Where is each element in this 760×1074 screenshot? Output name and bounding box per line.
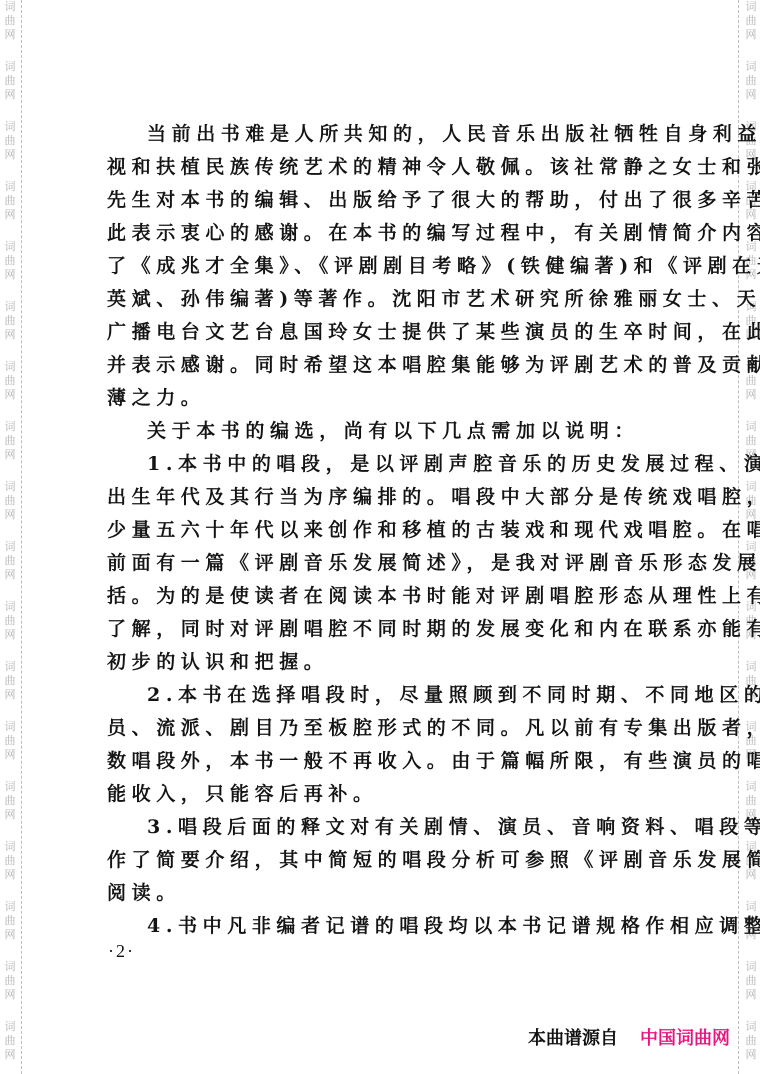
watermark-char: 词 — [3, 960, 17, 974]
watermark-group: 词曲网 — [3, 420, 17, 462]
watermark-group: 词曲网 — [3, 900, 17, 942]
text-line: 数唱段外，本书一般不再收入。由于篇幅所限，有些演员的唱腔未 — [107, 745, 760, 778]
watermark-char: 网 — [3, 148, 17, 162]
watermark-char: 曲 — [744, 794, 758, 808]
watermark-char: 词 — [3, 660, 17, 674]
watermark-char: 网 — [3, 748, 17, 762]
text-line: 英斌、孙伟编著)等著作。沈阳市艺术研究所徐雅丽女士、天津人民 — [107, 283, 760, 316]
watermark-char: 曲 — [3, 374, 17, 388]
watermark-group: 词曲网 — [3, 0, 17, 42]
watermark-char: 词 — [3, 360, 17, 374]
watermark-char: 词 — [3, 1020, 17, 1034]
watermark-group: 词曲网 — [3, 1020, 17, 1062]
watermark-char: 曲 — [3, 914, 17, 928]
watermark-char: 网 — [3, 928, 17, 942]
watermark-char: 词 — [744, 60, 758, 74]
watermark-char: 网 — [3, 208, 17, 222]
watermark-char: 曲 — [3, 194, 17, 208]
watermark-char: 词 — [3, 480, 17, 494]
watermark-char: 词 — [3, 840, 17, 854]
text-line: 了解，同时对评剧唱腔不同时期的发展变化和内在联系亦能有一 — [107, 613, 760, 646]
text-line: 此表示衷心的感谢。在本书的编写过程中，有关剧情简介内容参考 — [107, 217, 760, 250]
text-line: 3.唱段后面的释文对有关剧情、演员、音响资料、唱段等情况 — [147, 811, 760, 844]
watermark-char: 词 — [3, 60, 17, 74]
watermark-char: 曲 — [3, 674, 17, 688]
watermark-char: 网 — [3, 88, 17, 102]
watermark-char: 曲 — [744, 974, 758, 988]
text-line: 括。为的是使读者在阅读本书时能对评剧唱腔形态从理性上有所 — [107, 580, 760, 613]
watermark-group: 词曲网 — [3, 720, 17, 762]
page-number: ·2· — [108, 940, 135, 962]
watermark-char: 词 — [744, 0, 758, 14]
left-watermark-column: 词曲网词曲网词曲网词曲网词曲网词曲网词曲网词曲网词曲网词曲网词曲网词曲网词曲网词… — [3, 0, 17, 1074]
watermark-char: 词 — [3, 540, 17, 554]
text-line: 员、流派、剧目乃至板腔形式的不同。凡以前有专集出版者，除极少 — [107, 712, 760, 745]
watermark-char: 曲 — [3, 434, 17, 448]
watermark-char: 词 — [744, 420, 758, 434]
text-line: 关于本书的编选，尚有以下几点需加以说明： — [147, 415, 639, 448]
watermark-char: 曲 — [744, 74, 758, 88]
watermark-char: 词 — [3, 720, 17, 734]
watermark-group: 词曲网 — [744, 960, 758, 1002]
watermark-char: 网 — [744, 1048, 758, 1062]
watermark-group: 词曲网 — [744, 60, 758, 102]
text-line: 了《成兆才全集》、《评剧剧目考略》(铁健编著)和《评剧在天津》(李 — [107, 250, 760, 283]
watermark-group: 词曲网 — [3, 180, 17, 222]
watermark-char: 词 — [3, 180, 17, 194]
watermark-char: 曲 — [3, 794, 17, 808]
watermark-group: 词曲网 — [3, 300, 17, 342]
watermark-char: 网 — [744, 88, 758, 102]
watermark-char: 词 — [3, 600, 17, 614]
text-line: 薄之力。 — [107, 382, 205, 415]
watermark-char: 曲 — [3, 494, 17, 508]
watermark-group: 词曲网 — [3, 660, 17, 702]
watermark-char: 网 — [744, 388, 758, 402]
watermark-char: 曲 — [744, 1034, 758, 1048]
watermark-char: 曲 — [3, 14, 17, 28]
watermark-group: 词曲网 — [744, 0, 758, 42]
text-line: 能收入，只能容后再补。 — [107, 778, 378, 811]
watermark-char: 网 — [3, 508, 17, 522]
watermark-char: 曲 — [3, 134, 17, 148]
text-line: 初步的认识和把握。 — [107, 646, 328, 679]
watermark-group: 词曲网 — [3, 600, 17, 642]
watermark-char: 网 — [3, 1048, 17, 1062]
watermark-char: 词 — [3, 900, 17, 914]
watermark-char: 词 — [744, 1020, 758, 1034]
watermark-group: 词曲网 — [3, 780, 17, 822]
watermark-char: 网 — [3, 568, 17, 582]
watermark-char: 词 — [3, 420, 17, 434]
watermark-group: 词曲网 — [3, 60, 17, 102]
watermark-char: 网 — [3, 808, 17, 822]
watermark-char: 网 — [744, 988, 758, 1002]
watermark-char: 网 — [3, 628, 17, 642]
text-line: 4.书中凡非编者记谱的唱段均以本书记谱规格作相应调整。 — [147, 910, 760, 943]
text-line: 广播电台文艺台息国玲女士提供了某些演员的生卒时间，在此一 — [107, 316, 760, 349]
source-label: 本曲谱源自 — [528, 1028, 618, 1049]
text-line: 当前出书难是人所共知的，人民音乐出版社牺牲自身利益，重 — [147, 118, 760, 151]
watermark-char: 网 — [3, 388, 17, 402]
watermark-char: 网 — [3, 988, 17, 1002]
watermark-group: 词曲网 — [3, 240, 17, 282]
watermark-char: 曲 — [3, 314, 17, 328]
watermark-char: 词 — [3, 780, 17, 794]
watermark-char: 词 — [3, 240, 17, 254]
watermark-group: 词曲网 — [744, 1020, 758, 1062]
watermark-group: 词曲网 — [3, 480, 17, 522]
watermark-char: 曲 — [3, 1034, 17, 1048]
watermark-group: 词曲网 — [3, 120, 17, 162]
watermark-group: 词曲网 — [3, 840, 17, 882]
text-line: 并表示感谢。同时希望这本唱腔集能够为评剧艺术的普及贡献绵 — [107, 349, 760, 382]
left-margin-dashed-line — [21, 0, 22, 1074]
text-line: 作了简要介绍，其中简短的唱段分析可参照《评剧音乐发展简述》 — [107, 844, 760, 877]
text-line: 2.本书在选择唱段时，尽量照顾到不同时期、不同地区的演 — [147, 679, 760, 712]
watermark-char: 网 — [744, 28, 758, 42]
source-site-link[interactable]: 中国词曲网 — [640, 1028, 730, 1049]
watermark-char: 网 — [3, 688, 17, 702]
watermark-char: 曲 — [3, 734, 17, 748]
watermark-group: 词曲网 — [3, 960, 17, 1002]
watermark-char: 曲 — [3, 254, 17, 268]
watermark-char: 网 — [3, 28, 17, 42]
watermark-char: 词 — [3, 120, 17, 134]
watermark-char: 曲 — [3, 74, 17, 88]
watermark-char: 词 — [744, 780, 758, 794]
watermark-group: 词曲网 — [3, 540, 17, 582]
watermark-char: 词 — [3, 300, 17, 314]
text-line: 出生年代及其行当为序编排的。唱段中大部分是传统戏唱腔，亦有 — [107, 481, 760, 514]
watermark-group: 词曲网 — [3, 360, 17, 402]
watermark-char: 网 — [3, 268, 17, 282]
watermark-char: 曲 — [744, 434, 758, 448]
watermark-char: 网 — [3, 448, 17, 462]
text-line: 少量五六十年代以来创作和移植的古装戏和现代戏唱腔。在唱段 — [107, 514, 760, 547]
text-line: 1.本书中的唱段，是以评剧声腔音乐的历史发展过程、演员的 — [147, 448, 760, 481]
watermark-char: 网 — [3, 328, 17, 342]
source-footer: 本曲谱源自中国词曲网 — [528, 1027, 730, 1051]
watermark-char: 曲 — [3, 854, 17, 868]
watermark-char: 曲 — [3, 614, 17, 628]
text-line: 先生对本书的编辑、出版给予了很大的帮助，付出了很多辛苦，在 — [107, 184, 760, 217]
watermark-char: 词 — [744, 660, 758, 674]
watermark-char: 网 — [3, 868, 17, 882]
watermark-char: 曲 — [3, 974, 17, 988]
watermark-char: 词 — [3, 0, 17, 14]
text-line: 视和扶植民族传统艺术的精神令人敬佩。该社常静之女士和张辉 — [107, 151, 760, 184]
watermark-char: 词 — [744, 960, 758, 974]
text-line: 前面有一篇《评剧音乐发展简述》，是我对评剧音乐形态发展的概 — [107, 547, 760, 580]
text-line: 阅读。 — [107, 877, 181, 910]
watermark-char: 曲 — [3, 554, 17, 568]
watermark-char: 曲 — [744, 14, 758, 28]
